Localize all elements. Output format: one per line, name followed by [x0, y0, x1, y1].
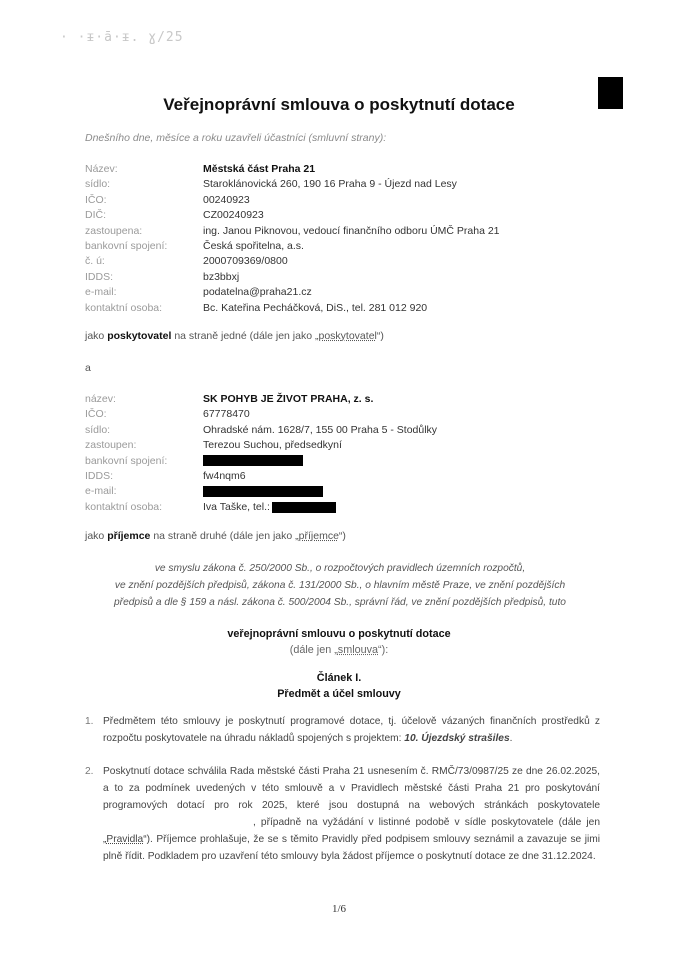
article-heading: Předmět a účel smlouvy	[0, 688, 678, 700]
sub-prefix: (dále jen „	[290, 644, 338, 656]
role-short: příjemce	[299, 530, 339, 542]
sub-short: smlouva	[338, 644, 378, 656]
detail-value: Staroklánovická 260, 190 16 Praha 9 - Új…	[203, 177, 457, 192]
detail-row: e-mail:podatelna@praha21.cz	[85, 285, 500, 300]
document-title: Veřejnoprávní smlouva o poskytnutí dotac…	[0, 95, 678, 115]
detail-value: ing. Janou Piknovou, vedoucí finančního …	[203, 224, 500, 239]
detail-value: SK POHYB JE ŽIVOT PRAHA, z. s.	[203, 392, 373, 407]
redaction-bar	[203, 486, 323, 497]
recipient-details: název:SK POHYB JE ŽIVOT PRAHA, z. s.IČO:…	[85, 392, 437, 515]
detail-row: IDDS:fw4nqm6	[85, 469, 437, 484]
detail-label: e-mail:	[85, 285, 203, 300]
article-items: 1. Předmětem této smlouvy je poskytnutí …	[85, 713, 600, 865]
conjunction: a	[85, 362, 91, 374]
detail-row: kontaktní osoba:Bc. Kateřina Pecháčková,…	[85, 301, 500, 316]
role-prefix: jako	[85, 530, 104, 542]
detail-label: e-mail:	[85, 484, 203, 499]
contract-name: veřejnoprávní smlouvu o poskytnutí dotac…	[0, 628, 678, 640]
detail-value	[203, 484, 323, 499]
detail-value: fw4nqm6	[203, 469, 246, 484]
legal-line: ve smyslu zákona č. 250/2000 Sb., o rozp…	[70, 560, 610, 577]
item-body: Poskytnutí dotace schválila Rada městské…	[103, 766, 600, 811]
item-text: Předmětem této smlouvy je poskytnutí pro…	[103, 713, 600, 747]
item-text: Poskytnutí dotace schválila Rada městské…	[103, 763, 600, 865]
contract-short-name: (dále jen „smlouva“):	[0, 644, 678, 656]
redaction-bar	[203, 455, 303, 466]
role-name: poskytovatel	[107, 330, 171, 342]
detail-row: zastoupen:Terezou Suchou, předsedkyní	[85, 438, 437, 453]
detail-value: Iva Taške, tel.:	[203, 500, 336, 515]
detail-row: č. ú:2000709369/0800	[85, 254, 500, 269]
page-number: 1/6	[0, 903, 678, 915]
role-prefix: jako	[85, 330, 104, 342]
detail-value: Městská část Praha 21	[203, 162, 315, 177]
legal-line: ve znění pozdějších předpisů, zákona č. …	[70, 577, 610, 594]
detail-row: Název:Městská část Praha 21	[85, 162, 500, 177]
detail-value: bz3bbxj	[203, 270, 239, 285]
detail-row: DIČ:CZ00240923	[85, 208, 500, 223]
sub-end: “):	[378, 644, 388, 656]
intro-text: Dnešního dne, měsíce a roku uzavřeli úča…	[85, 132, 386, 144]
redaction-bar	[272, 502, 336, 513]
detail-value: Ohradské nám. 1628/7, 155 00 Praha 5 - S…	[203, 423, 437, 438]
detail-label: bankovní spojení:	[85, 454, 203, 469]
detail-label: zastoupena:	[85, 224, 203, 239]
detail-label: kontaktní osoba:	[85, 301, 203, 316]
recipient-role-line: jako příjemce na straně druhé (dále jen …	[85, 530, 346, 542]
detail-label: název:	[85, 392, 203, 407]
role-suffix: na straně jedné (dále jen jako „	[174, 330, 318, 342]
detail-value: podatelna@praha21.cz	[203, 285, 312, 300]
detail-label: IDDS:	[85, 469, 203, 484]
item-number: 1.	[85, 713, 103, 747]
provider-role-line: jako poskytovatel na straně jedné (dále …	[85, 330, 384, 342]
detail-value: Terezou Suchou, předsedkyní	[203, 438, 342, 453]
detail-label: sídlo:	[85, 423, 203, 438]
role-suffix: na straně druhé (dále jen jako „	[153, 530, 298, 542]
detail-row: kontaktní osoba:Iva Taške, tel.:	[85, 500, 437, 515]
item-body: Předmětem této smlouvy je poskytnutí pro…	[103, 716, 600, 744]
detail-label: Název:	[85, 162, 203, 177]
detail-label: zastoupen:	[85, 438, 203, 453]
list-item: 2. Poskytnutí dotace schválila Rada měst…	[85, 763, 600, 865]
role-short: poskytovatel	[319, 330, 377, 342]
legal-basis: ve smyslu zákona č. 250/2000 Sb., o rozp…	[70, 560, 610, 611]
detail-row: IDDS:bz3bbxj	[85, 270, 500, 285]
detail-label: bankovní spojení:	[85, 239, 203, 254]
item-end: .	[510, 733, 513, 744]
detail-row: IČO:00240923	[85, 193, 500, 208]
role-end: “)	[339, 530, 346, 542]
detail-label: IČO:	[85, 193, 203, 208]
item-body: “). Příjemce prohlašuje, že se s těmito …	[103, 834, 600, 862]
detail-row: zastoupena:ing. Janou Piknovou, vedoucí …	[85, 224, 500, 239]
role-end: “)	[377, 330, 384, 342]
legal-line: předpisů a dle § 159 a násl. zákona č. 5…	[70, 594, 610, 611]
project-name: 10. Újezdský strašiles	[404, 733, 509, 744]
detail-value: 67778470	[203, 407, 250, 422]
role-name: příjemce	[107, 530, 150, 542]
detail-label: sídlo:	[85, 177, 203, 192]
detail-row: e-mail:	[85, 484, 437, 499]
detail-row: bankovní spojení:Česká spořitelna, a.s.	[85, 239, 500, 254]
list-item: 1. Předmětem této smlouvy je poskytnutí …	[85, 713, 600, 747]
detail-row: název:SK POHYB JE ŽIVOT PRAHA, z. s.	[85, 392, 437, 407]
detail-label: č. ú:	[85, 254, 203, 269]
detail-row: bankovní spojení:	[85, 454, 437, 469]
detail-label: IDDS:	[85, 270, 203, 285]
detail-label: IČO:	[85, 407, 203, 422]
detail-row: sídlo:Ohradské nám. 1628/7, 155 00 Praha…	[85, 423, 437, 438]
detail-value: Česká spořitelna, a.s.	[203, 239, 304, 254]
article-number: Článek I.	[0, 672, 678, 684]
detail-value	[203, 454, 303, 469]
detail-value: CZ00240923	[203, 208, 264, 223]
detail-row: IČO:67778470	[85, 407, 437, 422]
item-number: 2.	[85, 763, 103, 865]
detail-row: sídlo:Staroklánovická 260, 190 16 Praha …	[85, 177, 500, 192]
detail-value: 2000709369/0800	[203, 254, 288, 269]
provider-details: Název:Městská část Praha 21sídlo:Starokl…	[85, 162, 500, 316]
detail-value: Bc. Kateřina Pecháčková, DiS., tel. 281 …	[203, 301, 427, 316]
short-name: Pravidla	[106, 834, 143, 845]
filing-stamp: · ·ᵻ·ā·ᵻ. ɣ/25	[60, 30, 184, 45]
detail-label: DIČ:	[85, 208, 203, 223]
detail-value: 00240923	[203, 193, 250, 208]
detail-label: kontaktní osoba:	[85, 500, 203, 515]
